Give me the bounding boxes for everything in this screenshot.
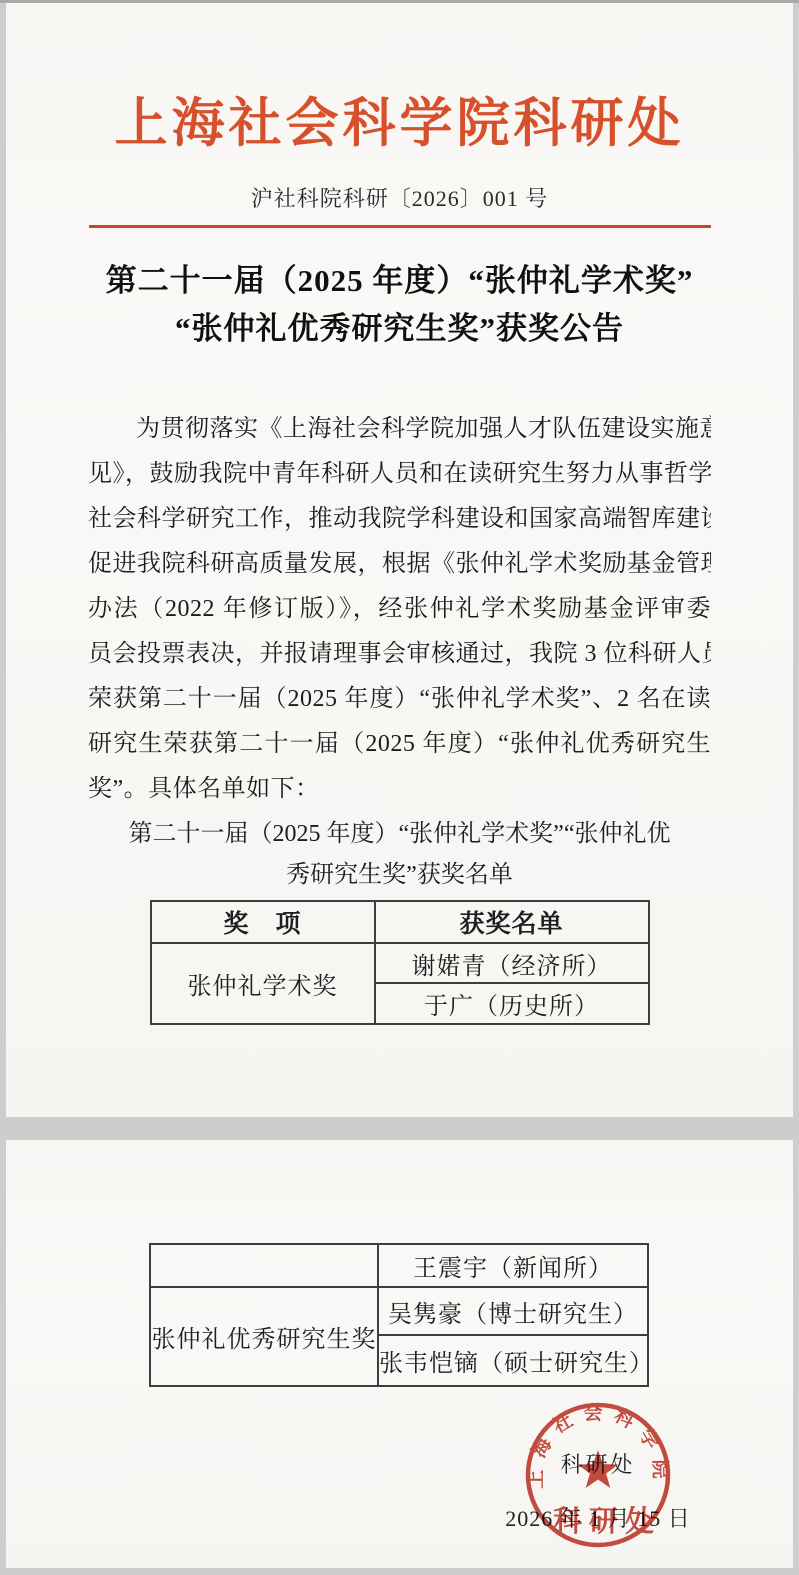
paragraph-line: 促进我院科研高质量发展，根据《张仲礼学术奖励基金管理: [88, 542, 711, 587]
paragraph-line: 见》，鼓励我院中青年科研人员和在读研究生努力从事哲学: [88, 452, 711, 497]
awards-table-page-1: 奖 项 获奖名单 张仲礼学术奖 谢婼青（经济所） 于广（历史所）: [150, 900, 650, 1025]
paragraph-line: 为贯彻落实《上海社会科学院加强人才队伍建设实施意: [88, 407, 711, 452]
table-row: 王震宇（新闻所）: [150, 1244, 648, 1287]
caption-line-1: 第二十一届（2025 年度）“张仲礼学术奖”“张仲礼优: [6, 814, 793, 855]
document-number: 沪社科院科研〔2026〕001 号: [6, 184, 793, 214]
agency-header: 上海社会科学院科研处: [6, 93, 793, 155]
column-header-winners: 获奖名单: [375, 901, 649, 943]
awards-table-page-2: 王震宇（新闻所） 张仲礼优秀研究生奖 吴隽豪（博士研究生） 张韦恺镝（硕士研究生…: [149, 1243, 649, 1387]
announcement-title-line-2: “张仲礼优秀研究生奖”获奖公告: [6, 305, 793, 353]
star-icon: [578, 1450, 618, 1488]
announcement-title-line-1: 第二十一届（2025 年度）“张仲礼学术奖”: [6, 257, 793, 305]
winner-cell: 谢婼青（经济所）: [375, 943, 649, 983]
award-label-academic: 张仲礼学术奖: [151, 943, 375, 1024]
awards-table-caption: 第二十一届（2025 年度）“张仲礼学术奖”“张仲礼优 秀研究生奖”获奖名单: [6, 814, 793, 896]
official-seal-graphic: 上海社会科学院 科研处: [515, 1392, 681, 1558]
paragraph-line: 研究生荣获第二十一届（2025 年度）“张仲礼优秀研究生: [88, 722, 711, 767]
announcement-title: 第二十一届（2025 年度）“张仲礼学术奖” “张仲礼优秀研究生奖”获奖公告: [6, 257, 793, 353]
winner-cell: 吴隽豪（博士研究生）: [378, 1287, 648, 1335]
paragraph-line: 员会投票表决，并报请理事会审核通过，我院 3 位科研人员: [88, 632, 711, 677]
column-header-award: 奖 项: [151, 901, 375, 943]
paragraph-line: 荣获第二十一届（2025 年度）“张仲礼学术奖”、2 名在读: [88, 677, 711, 722]
winner-cell: 于广（历史所）: [375, 983, 649, 1024]
caption-line-2: 秀研究生奖”获奖名单: [6, 855, 793, 896]
table-row: 张仲礼优秀研究生奖 吴隽豪（博士研究生）: [150, 1287, 648, 1335]
document-page-1: 上海社会科学院科研处 沪社科院科研〔2026〕001 号 第二十一届（2025 …: [6, 3, 793, 1117]
paragraph-line: 办法（2022 年修订版）》，经张仲礼学术奖励基金评审委: [88, 587, 711, 632]
table-header-row: 奖 项 获奖名单: [151, 901, 649, 943]
seal-label: 科研处: [553, 1504, 661, 1538]
award-label-continuation-cell: [150, 1244, 378, 1287]
official-seal: 上海社会科学院 科研处: [515, 1392, 681, 1558]
paragraph-line: 社会科学研究工作，推动我院学科建设和国家高端智库建设，: [88, 497, 711, 542]
table-row: 张仲礼学术奖 谢婼青（经济所）: [151, 943, 649, 983]
paragraph-line: 奖”。具体名单如下：: [88, 767, 711, 812]
winner-cell: 张韦恺镝（硕士研究生）: [378, 1335, 648, 1386]
winner-cell: 王震宇（新闻所）: [378, 1244, 648, 1287]
award-label-graduate: 张仲礼优秀研究生奖: [150, 1287, 378, 1386]
body-paragraph: 为贯彻落实《上海社会科学院加强人才队伍建设实施意 见》，鼓励我院中青年科研人员和…: [6, 407, 793, 812]
scanned-document: 上海社会科学院科研处 沪社科院科研〔2026〕001 号 第二十一届（2025 …: [0, 0, 799, 1575]
document-page-2: 王震宇（新闻所） 张仲礼优秀研究生奖 吴隽豪（博士研究生） 张韦恺镝（硕士研究生…: [6, 1140, 793, 1568]
red-divider-rule: [89, 225, 711, 228]
